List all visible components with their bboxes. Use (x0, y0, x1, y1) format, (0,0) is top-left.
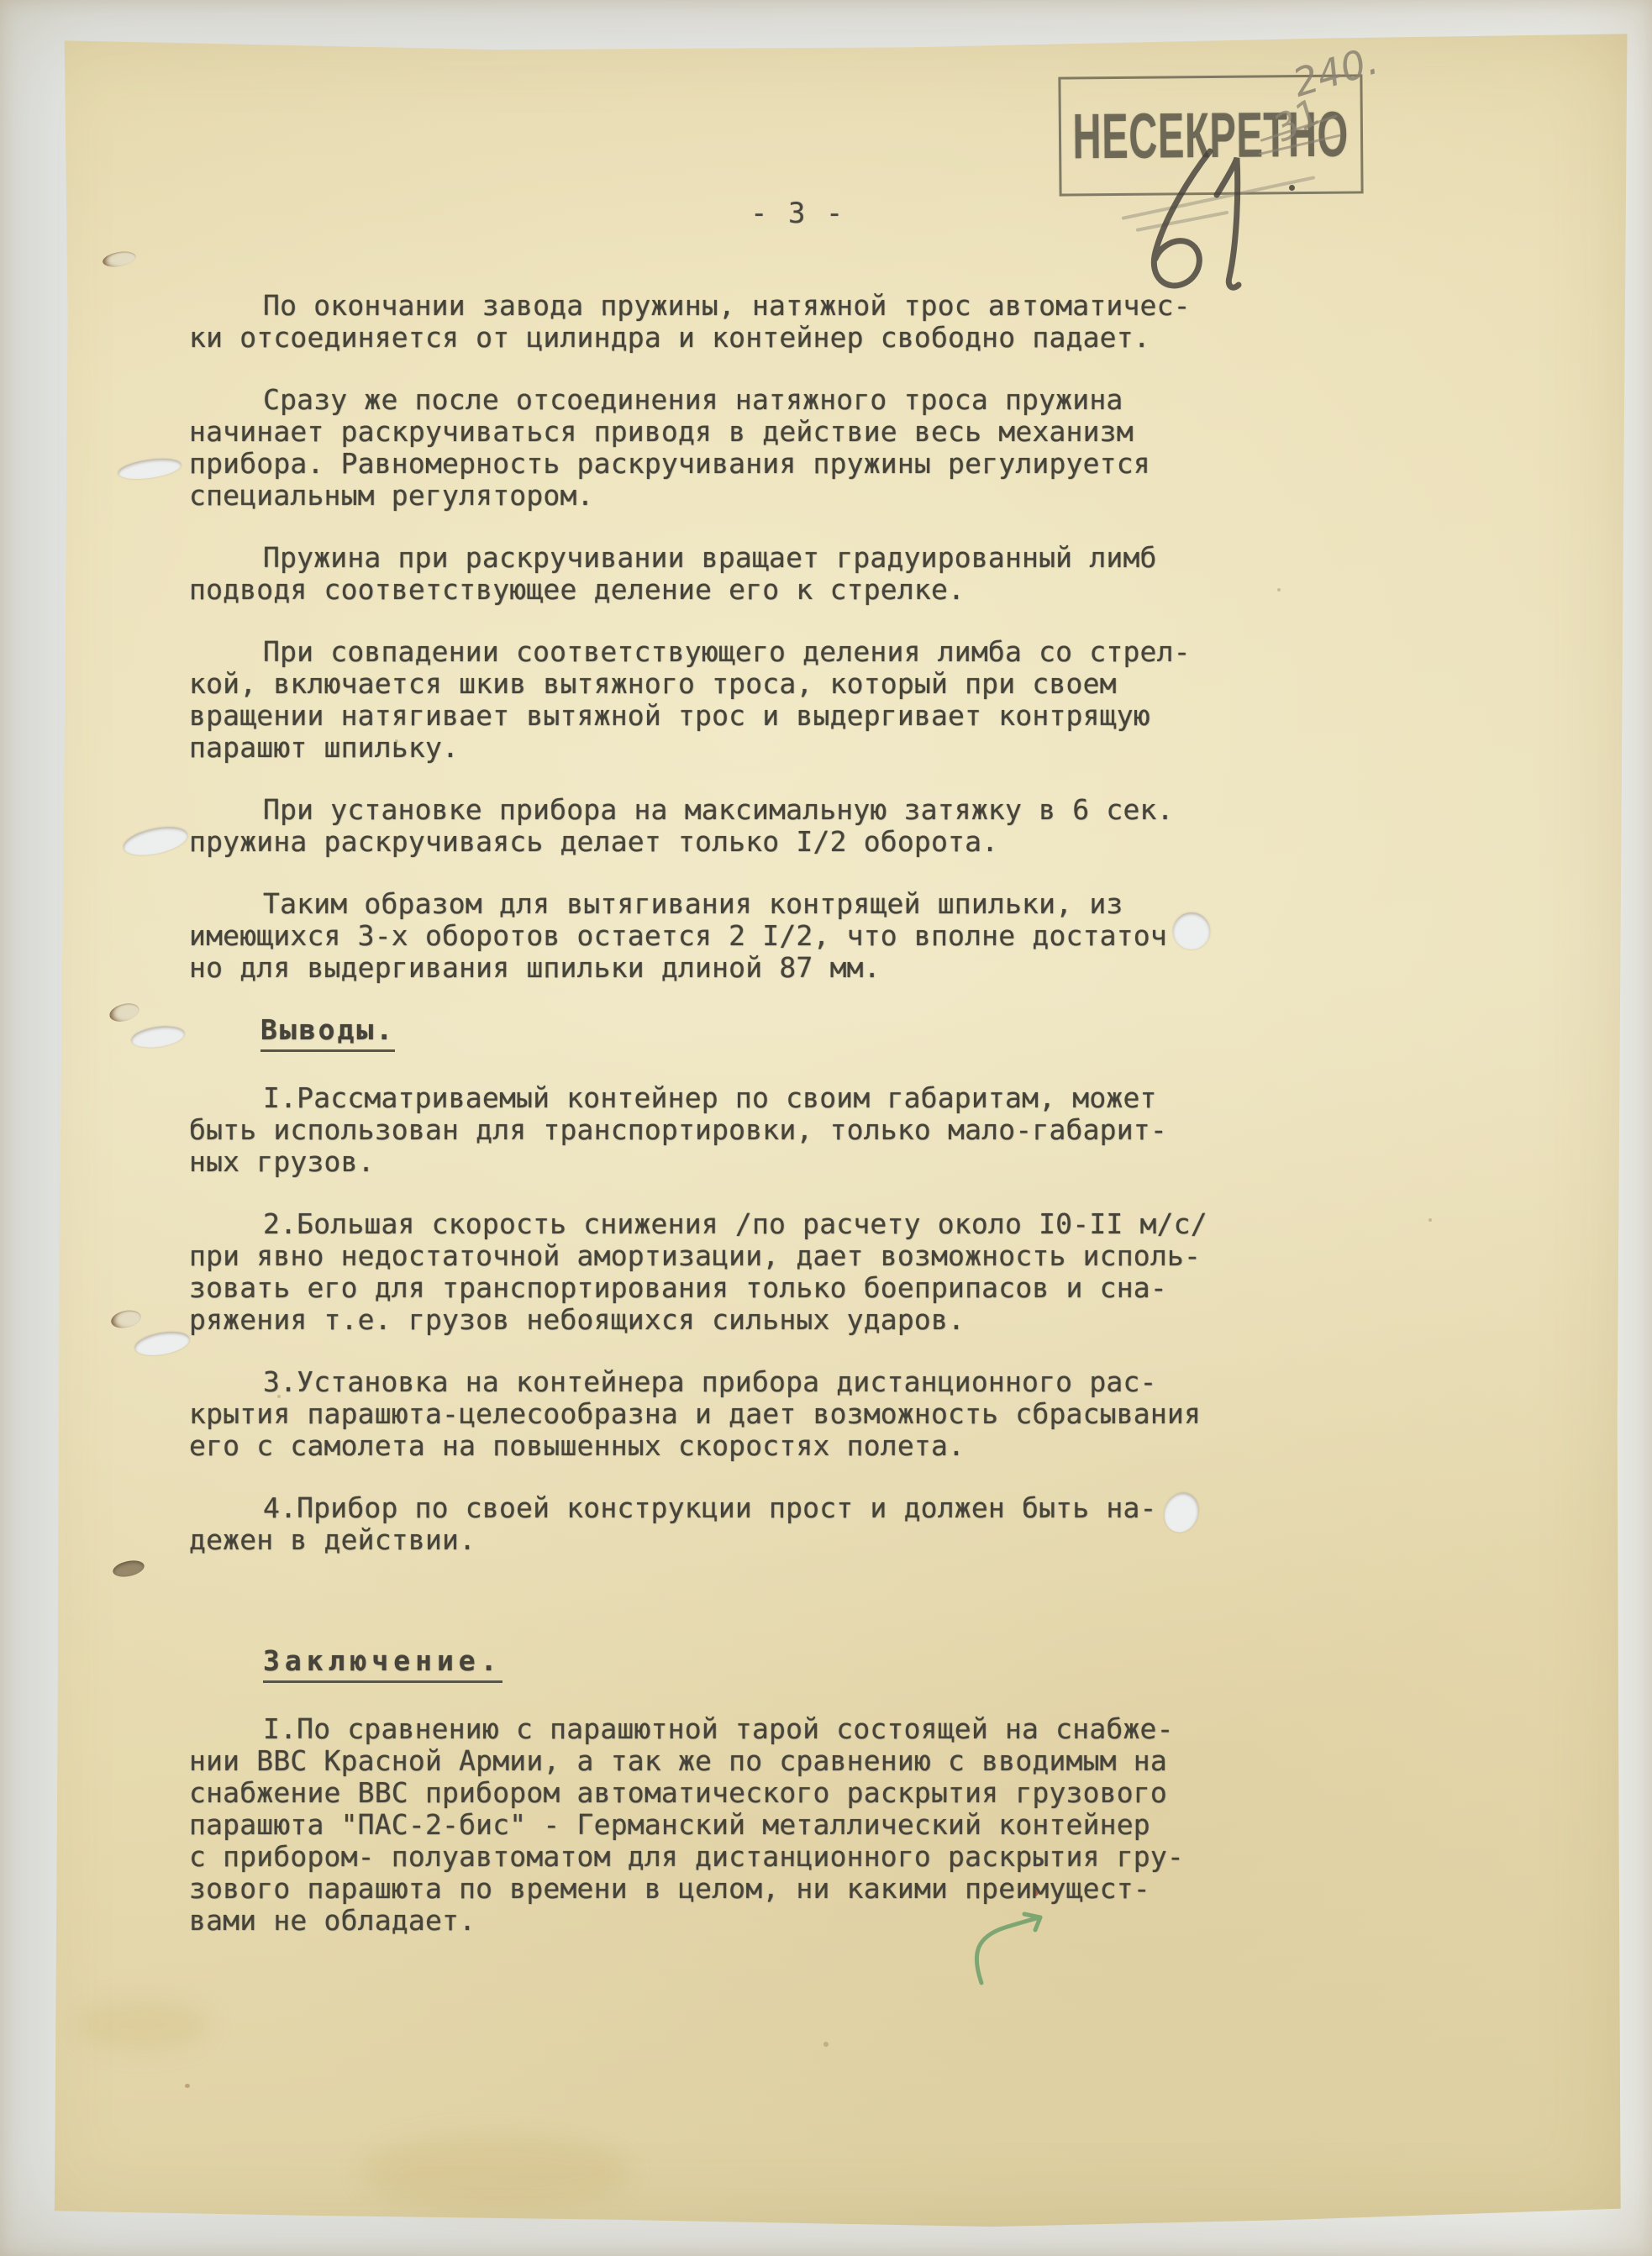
text-line: подводя соответствующее деление его к ст… (189, 574, 1298, 606)
text-line: быть использован для транспортировки, то… (189, 1114, 1298, 1146)
text-line: снабжение ВВС прибором автоматического р… (189, 1777, 1298, 1809)
paragraph: 4.Прибор по своей конструкции прост и до… (189, 1492, 1298, 1556)
text-line: парашюта "ПАС-2-бис" - Германский металл… (189, 1809, 1298, 1841)
text-line: ряжения т.е. грузов небоящихся сильных у… (189, 1304, 1298, 1336)
text-line: зовать его для транспортирования только … (189, 1272, 1298, 1304)
paragraph: I.По сравнению с парашютной тарой состоя… (189, 1713, 1298, 1937)
paragraph: По окончании завода пружины, натяжной тр… (189, 290, 1298, 354)
text-line: 2.Большая скорость снижения /по расчету … (189, 1208, 1298, 1240)
document-body: По окончании завода пружины, натяжной тр… (189, 290, 1298, 1937)
text-line: парашют шпильку. (189, 732, 1298, 764)
text-line: специальным регулятором. (189, 480, 1298, 512)
text-line: дежен в действии. (189, 1524, 1298, 1556)
paragraph: При установке прибора на максимальную за… (189, 794, 1298, 858)
text-line: При установке прибора на максимальную за… (189, 794, 1298, 826)
text-line: I.Рассматриваемый контейнер по своим габ… (189, 1082, 1298, 1114)
text-line: ки отсоединяется от цилиндра и контейнер… (189, 322, 1298, 354)
paragraph: 2.Большая скорость снижения /по расчету … (189, 1208, 1298, 1336)
text-line: прибора. Равномерность раскручивания пру… (189, 448, 1298, 480)
text-line: зового парашюта по времени в целом, ни к… (189, 1873, 1298, 1905)
text-line: При совпадении соответствующего деления … (189, 636, 1298, 668)
text-line: начинает раскручиваться приводя в действ… (189, 416, 1298, 448)
paragraph: Сразу же после отсоединения натяжного тр… (189, 384, 1298, 512)
text-line: пружина раскручиваясь делает только I/2 … (189, 826, 1298, 858)
text-line: его с самолета на повышенных скоростях п… (189, 1430, 1298, 1462)
text-line: но для выдергивания шпильки длиной 87 мм… (189, 952, 1298, 984)
text-line: имеющихся 3-х оборотов остается 2 I/2, ч… (189, 920, 1298, 952)
text-line: Таким образом для вытягивания контрящей … (189, 888, 1298, 920)
text-line: 4.Прибор по своей конструкции прост и до… (189, 1492, 1298, 1524)
stamp-dot (1289, 185, 1295, 191)
text-line: нии ВВС Красной Армии, а так же по сравн… (189, 1745, 1298, 1777)
scanned-document-page: { "page": { "page_number": "- 3 -", "sta… (0, 0, 1652, 2256)
page-number: - 3 - (750, 197, 844, 230)
text-line: 3.Установка на контейнера прибора дистан… (189, 1366, 1298, 1398)
paper-speck (1428, 1218, 1432, 1222)
paper-stain (361, 2134, 630, 2210)
text-line: По окончании завода пружины, натяжной тр… (189, 290, 1298, 322)
paragraph: I.Рассматриваемый контейнер по своим габ… (189, 1082, 1298, 1178)
text-line: вращении натягивает вытяжной трос и выде… (189, 700, 1298, 732)
section-heading: Выводы. (189, 1014, 1298, 1052)
paragraph: При совпадении соответствующего деления … (189, 636, 1298, 764)
text-line: вами не обладает. (189, 1905, 1298, 1937)
paragraph: Пружина при раскручивании вращает градуи… (189, 542, 1298, 606)
text-line: кой, включается шкив вытяжного троса, ко… (189, 668, 1298, 700)
handwritten-page-number-61: 61 (1134, 134, 1277, 302)
paper-stain (76, 2000, 210, 2050)
text-line: Пружина при раскручивании вращает градуи… (189, 542, 1298, 574)
section-heading: Заключение. (189, 1645, 1298, 1683)
text-line: Сразу же после отсоединения натяжного тр… (189, 384, 1298, 416)
paper-speck (823, 2042, 829, 2047)
heading-text: Заключение. (263, 1645, 502, 1683)
heading-text: Выводы. (260, 1014, 395, 1052)
paper-speck (185, 2084, 190, 2088)
text-line: с прибором- полуавтоматом для дистанцион… (189, 1841, 1298, 1873)
paragraph: 3.Установка на контейнера прибора дистан… (189, 1366, 1298, 1462)
text-line: I.По сравнению с парашютной тарой состоя… (189, 1713, 1298, 1745)
text-line: ных грузов. (189, 1146, 1298, 1178)
paragraph: Таким образом для вытягивания контрящей … (189, 888, 1298, 984)
text-line: при явно недостаточной амортизации, дает… (189, 1240, 1298, 1272)
text-line: крытия парашюта-целесообразна и дает воз… (189, 1398, 1298, 1430)
